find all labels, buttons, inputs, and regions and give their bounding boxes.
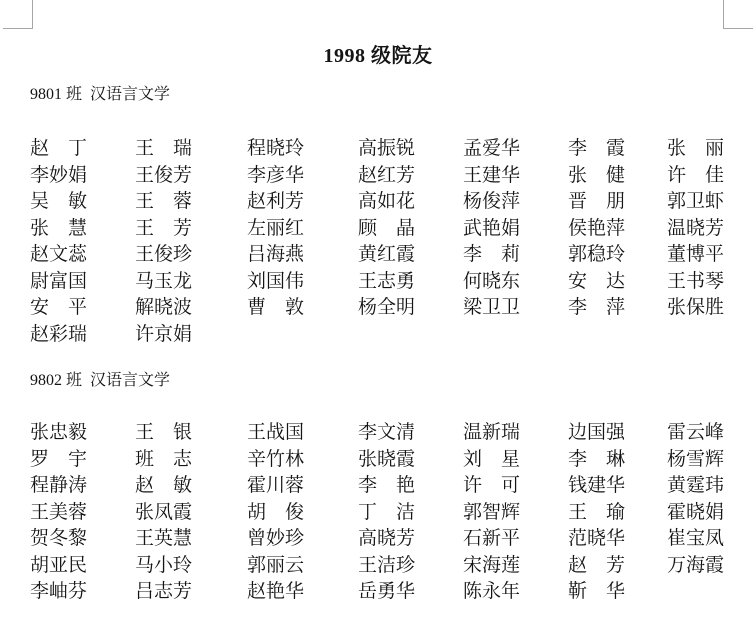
alumni-name <box>358 322 463 349</box>
alumni-name: 郭稳玲 <box>568 242 667 269</box>
alumni-name: 王 芳 <box>135 216 247 243</box>
alumni-name: 霍川蓉 <box>247 473 358 500</box>
alumni-name: 左丽红 <box>247 216 358 243</box>
alumni-name: 王洁珍 <box>358 553 463 580</box>
alumni-name: 胡亚民 <box>30 553 135 580</box>
alumni-name: 李文清 <box>358 420 463 447</box>
section-header-9802: 9802 班 汉语言文学 <box>30 371 170 391</box>
alumni-name: 赵艳华 <box>247 579 358 606</box>
alumni-name: 赵红芳 <box>358 163 463 190</box>
alumni-name: 高振锐 <box>358 136 463 163</box>
alumni-name: 马玉龙 <box>135 269 247 296</box>
alumni-name: 崔宝凤 <box>667 526 726 553</box>
alumni-name: 孟爱华 <box>463 136 568 163</box>
alumni-name: 丁 洁 <box>358 500 463 527</box>
alumni-name: 李 艳 <box>358 473 463 500</box>
alumni-name: 程晓玲 <box>247 136 358 163</box>
page-title: 1998 级院友 <box>0 43 756 69</box>
alumni-name: 李 萍 <box>568 295 667 322</box>
alumni-name: 王俊珍 <box>135 242 247 269</box>
alumni-name: 范晓华 <box>568 526 667 553</box>
alumni-name: 张保胜 <box>667 295 726 322</box>
alumni-name: 岳勇华 <box>358 579 463 606</box>
alumni-name: 王 瑜 <box>568 500 667 527</box>
alumni-name: 王 蓉 <box>135 189 247 216</box>
alumni-name: 石新平 <box>463 526 568 553</box>
alumni-name: 赵 丁 <box>30 136 135 163</box>
alumni-name: 宋海莲 <box>463 553 568 580</box>
alumni-name: 王志勇 <box>358 269 463 296</box>
alumni-name: 钱建华 <box>568 473 667 500</box>
alumni-name: 胡 俊 <box>247 500 358 527</box>
alumni-name: 尉富国 <box>30 269 135 296</box>
alumni-name: 武艳娟 <box>463 216 568 243</box>
alumni-name: 赵文蕊 <box>30 242 135 269</box>
alumni-name <box>667 322 726 349</box>
alumni-name: 王战国 <box>247 420 358 447</box>
alumni-name: 杨俊萍 <box>463 189 568 216</box>
alumni-name: 温晓芳 <box>667 216 726 243</box>
alumni-name: 曹 敦 <box>247 295 358 322</box>
alumni-name: 郭丽云 <box>247 553 358 580</box>
alumni-name: 黄霆玮 <box>667 473 726 500</box>
alumni-table-9801: 赵 丁王 瑞程晓玲高振锐孟爱华李 霞张 丽李妙娟王俊芳李彦华赵红芳王建华张 健许… <box>30 136 726 348</box>
alumni-name: 赵 敏 <box>135 473 247 500</box>
alumni-name: 许京娟 <box>135 322 247 349</box>
alumni-name: 李 莉 <box>463 242 568 269</box>
alumni-name: 李 霞 <box>568 136 667 163</box>
alumni-name: 程静涛 <box>30 473 135 500</box>
alumni-name: 赵彩瑞 <box>30 322 135 349</box>
alumni-name: 晋 朋 <box>568 189 667 216</box>
alumni-name: 杨雪辉 <box>667 447 726 474</box>
alumni-name: 解晓波 <box>135 295 247 322</box>
alumni-name: 王 银 <box>135 420 247 447</box>
alumni-name: 王 瑞 <box>135 136 247 163</box>
alumni-name: 黄红霞 <box>358 242 463 269</box>
alumni-name <box>463 322 568 349</box>
alumni-name: 李岫芬 <box>30 579 135 606</box>
margin-crop-mark-top-right <box>723 0 753 29</box>
alumni-name: 李 琳 <box>568 447 667 474</box>
alumni-name: 张忠毅 <box>30 420 135 447</box>
alumni-name: 安 平 <box>30 295 135 322</box>
alumni-name: 董博平 <box>667 242 726 269</box>
alumni-name: 高如花 <box>358 189 463 216</box>
alumni-name: 高晓芳 <box>358 526 463 553</box>
alumni-name: 雷云峰 <box>667 420 726 447</box>
alumni-name: 罗 宇 <box>30 447 135 474</box>
section-header-9801: 9801 班 汉语言文学 <box>30 85 170 105</box>
alumni-name: 陈永年 <box>463 579 568 606</box>
alumni-name <box>247 322 358 349</box>
document-page: 1998 级院友 9801 班 汉语言文学 赵 丁王 瑞程晓玲高振锐孟爱华李 霞… <box>0 0 756 618</box>
alumni-name: 辛竹林 <box>247 447 358 474</box>
alumni-name: 李彦华 <box>247 163 358 190</box>
alumni-name: 安 达 <box>568 269 667 296</box>
alumni-name: 侯艳萍 <box>568 216 667 243</box>
alumni-name: 王美蓉 <box>30 500 135 527</box>
alumni-name: 贺冬黎 <box>30 526 135 553</box>
alumni-name: 吕志芳 <box>135 579 247 606</box>
alumni-table-9802: 张忠毅王 银王战国李文清温新瑞边国强雷云峰罗 宇班 志辛竹林张晓霞刘 星李 琳杨… <box>30 420 726 606</box>
alumni-name: 李妙娟 <box>30 163 135 190</box>
alumni-name: 赵 芳 <box>568 553 667 580</box>
margin-crop-mark-top-left <box>3 0 33 29</box>
alumni-name: 王建华 <box>463 163 568 190</box>
alumni-name: 杨全明 <box>358 295 463 322</box>
alumni-name: 郭智辉 <box>463 500 568 527</box>
alumni-name: 王俊芳 <box>135 163 247 190</box>
alumni-name: 梁卫卫 <box>463 295 568 322</box>
alumni-name: 许 佳 <box>667 163 726 190</box>
alumni-name: 张 丽 <box>667 136 726 163</box>
alumni-name: 刘国伟 <box>247 269 358 296</box>
alumni-name: 郭卫虾 <box>667 189 726 216</box>
alumni-name: 吕海燕 <box>247 242 358 269</box>
alumni-name: 张晓霞 <box>358 447 463 474</box>
alumni-name <box>568 322 667 349</box>
alumni-name: 万海霞 <box>667 553 726 580</box>
alumni-name: 许 可 <box>463 473 568 500</box>
alumni-name: 班 志 <box>135 447 247 474</box>
alumni-name: 霍晓娟 <box>667 500 726 527</box>
alumni-name: 赵利芳 <box>247 189 358 216</box>
alumni-name: 刘 星 <box>463 447 568 474</box>
alumni-name <box>667 579 726 606</box>
alumni-name: 顾 晶 <box>358 216 463 243</box>
alumni-name: 何晓东 <box>463 269 568 296</box>
alumni-name: 张凤霞 <box>135 500 247 527</box>
alumni-name: 马小玲 <box>135 553 247 580</box>
alumni-name: 王书琴 <box>667 269 726 296</box>
alumni-name: 曾妙珍 <box>247 526 358 553</box>
alumni-name: 靳 华 <box>568 579 667 606</box>
alumni-name: 吴 敏 <box>30 189 135 216</box>
alumni-name: 张 慧 <box>30 216 135 243</box>
alumni-name: 温新瑞 <box>463 420 568 447</box>
alumni-name: 王英慧 <box>135 526 247 553</box>
alumni-name: 边国强 <box>568 420 667 447</box>
alumni-name: 张 健 <box>568 163 667 190</box>
